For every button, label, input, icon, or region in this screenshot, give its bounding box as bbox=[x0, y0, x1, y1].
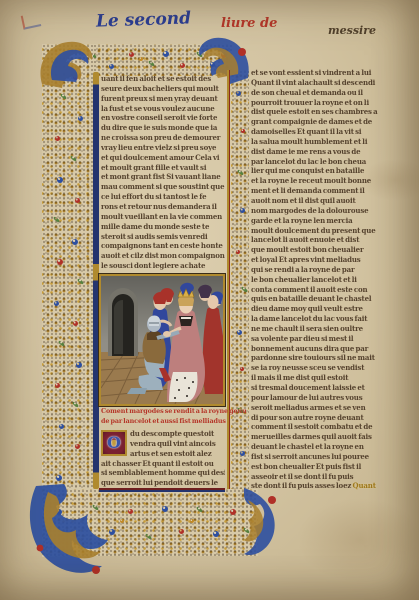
flower-ornament bbox=[56, 509, 62, 515]
text-line: dist quele estoit en ses chambres a bbox=[251, 107, 385, 117]
leaf-ornament bbox=[70, 155, 77, 162]
leaf-ornament bbox=[92, 504, 99, 511]
text-line: quis en bataille deuant le chastel bbox=[251, 294, 385, 304]
text-line: auoit nom et il dist quil auoit bbox=[251, 196, 385, 206]
flower-ornament bbox=[73, 321, 78, 326]
flower-ornament bbox=[210, 62, 215, 67]
text-line: Quant il vint alachault si descendi bbox=[251, 78, 385, 88]
text-line: moult vueillant en la vie commen bbox=[101, 212, 225, 222]
leaf-ornament bbox=[196, 506, 203, 513]
flower-ornament bbox=[59, 424, 64, 429]
text-line: auoit et cilz dist mon compaignon bbox=[101, 251, 225, 261]
miniature-frame bbox=[99, 274, 225, 406]
border-left-band bbox=[42, 44, 93, 557]
flower-ornament bbox=[237, 330, 242, 335]
text-line: mau comment si que soustint que bbox=[101, 182, 225, 192]
leaf-ornament bbox=[243, 527, 250, 534]
flower-ornament bbox=[56, 475, 62, 481]
flower-ornament bbox=[109, 529, 115, 535]
rubric: Coment margodes se rendit a la royne gen… bbox=[101, 407, 225, 426]
right-column-text: et se vont essient si vindrent a luiQuan… bbox=[251, 68, 385, 490]
text-line: grant compaignie de dames et de bbox=[251, 117, 385, 127]
leaf-ornament bbox=[241, 286, 248, 293]
text-line: que serroit lui pendoit deuers le bbox=[101, 478, 225, 488]
text-line: vendra quil vint aincois bbox=[101, 439, 225, 449]
text-line: en vostre conseil seroit vie forte bbox=[101, 113, 225, 123]
flower-ornament bbox=[72, 239, 78, 245]
text-line: que moult estoit bon cheualier bbox=[251, 245, 385, 255]
left-column-lower-text: O du descompte questoitvendra quil vint … bbox=[101, 429, 225, 488]
text-line: pardonne sire touiours sil ne mait bbox=[251, 353, 385, 363]
text-line: compaignons tant en ceste honte bbox=[101, 241, 225, 251]
right-column-last-line: ste dont il fu puis asses loez Quant bbox=[251, 481, 385, 490]
flower-ornament bbox=[57, 259, 63, 265]
text-line: garde et la royne len mercia bbox=[251, 216, 385, 226]
leaf-ornament bbox=[148, 60, 155, 67]
flower-ornament bbox=[240, 451, 245, 456]
leaf-ornament bbox=[60, 93, 67, 100]
text-line: seroit meliadus armes et se ven bbox=[251, 403, 385, 413]
flower-ornament bbox=[73, 533, 78, 538]
leaf-ornament bbox=[71, 401, 78, 408]
text-line: seure deux bacheliers qui moult bbox=[101, 84, 225, 94]
flower-ornament bbox=[54, 301, 59, 306]
text-line: lancelot li auoit enuoie et dist bbox=[251, 235, 385, 245]
flower-ornament bbox=[57, 177, 63, 183]
right-column-lines: et se vont essient si vindrent a luiQuan… bbox=[251, 68, 385, 481]
text-line: qui se rendi a la royne de par bbox=[251, 265, 385, 275]
flower-ornament bbox=[180, 63, 185, 68]
flower-ornament bbox=[162, 506, 168, 512]
text-below-initial: ait chasser Et quant il estoit ousi semb… bbox=[101, 459, 225, 488]
border-bottom-band bbox=[45, 489, 258, 556]
text-line: la fust et se vous voulez aucune bbox=[101, 104, 225, 114]
gutter-band bbox=[231, 70, 249, 489]
flower-ornament bbox=[120, 519, 124, 523]
flower-ornament bbox=[139, 57, 143, 61]
text-line: de son cheual et demanda ou il bbox=[251, 88, 385, 98]
text-line: pourroit trouuer la royne et on li bbox=[251, 98, 385, 108]
text-line: et qui doulcement amour Cela vi bbox=[101, 153, 225, 163]
gutter-rule bbox=[227, 70, 230, 489]
text-line: furent preux si men yray deuant bbox=[101, 94, 225, 104]
text-line: asseoir et il se dont il fu puis bbox=[251, 472, 385, 482]
leaf-ornament bbox=[145, 533, 152, 540]
left-column-upper-text: uant il fen aloit et se estoit desseure … bbox=[101, 74, 225, 274]
text-line: le bon cheualier lancelot et li bbox=[251, 275, 385, 285]
text-line: moult doulcement du present que bbox=[251, 226, 385, 236]
rubric-line-1: Coment margodes se rendit a la royne gen… bbox=[101, 407, 225, 417]
header-center-text: liure de bbox=[221, 16, 277, 31]
flower-ornament bbox=[236, 91, 241, 96]
text-line: ne croissa son preu de demourer bbox=[101, 133, 225, 143]
text-line: si semblablement homme qui desist bbox=[101, 468, 225, 478]
text-line: pour lamour de lui autres vous bbox=[251, 393, 385, 403]
flower-ornament bbox=[55, 136, 60, 141]
flower-ornament bbox=[213, 531, 219, 537]
text-line: artus et sen estoit alez bbox=[101, 449, 225, 459]
leaf-ornament bbox=[237, 169, 244, 176]
text-line: uant il fen aloit et se estoit des bbox=[101, 74, 225, 84]
manuscript-page: Le second liure de messire uant il fen a… bbox=[0, 0, 419, 600]
text-line: di pour son autre royne deuant bbox=[251, 413, 385, 423]
text-line: rons et retour nus demandera il bbox=[101, 202, 225, 212]
text-line: fist si serroit ancunes lui pouree bbox=[251, 452, 385, 462]
header-right-text: messire bbox=[328, 24, 376, 37]
text-line: mille dame du monde seste te bbox=[101, 222, 225, 232]
flower-ornament bbox=[236, 250, 240, 254]
text-line: si tresmal doucement laissie et bbox=[251, 383, 385, 393]
rubric-line-2: de par lancelot et aussi fist melliadus bbox=[101, 417, 225, 427]
gold-word: Quant bbox=[353, 481, 376, 490]
text-line: et la royne le receut moult bonne bbox=[251, 176, 385, 186]
text-beside-initial: du descompte questoitvendra quil vint ai… bbox=[101, 429, 225, 459]
flower-ornament bbox=[241, 129, 245, 133]
flower-ornament bbox=[76, 362, 82, 368]
text-line: damoiselles Et quant il la vit si bbox=[251, 127, 385, 137]
text-line: deuant le chastel et la royne en bbox=[251, 442, 385, 452]
text-line: il mais il me dist quil estoit bbox=[251, 373, 385, 383]
leaf-ornament bbox=[196, 51, 203, 58]
flower-ornament bbox=[78, 116, 83, 121]
text-line: conta comment il auoit este con bbox=[251, 285, 385, 295]
text-line: le sousci dont legiere achate bbox=[101, 261, 225, 271]
text-line: du descompte questoit bbox=[101, 429, 225, 439]
header-left-text: Le second bbox=[96, 8, 192, 31]
flower-ornament bbox=[55, 383, 60, 388]
text-line: par lancelot du lac le bon cheua bbox=[251, 157, 385, 167]
leaf-ornament bbox=[77, 278, 84, 285]
last-line-text: ste dont il fu puis asses loez bbox=[251, 481, 353, 490]
flower-ornament bbox=[129, 52, 134, 57]
text-line: est bon cheualier Et puis fist il bbox=[251, 462, 385, 472]
leaf-ornament bbox=[53, 217, 60, 224]
text-line: ait chasser Et quant il estoit ou bbox=[101, 459, 225, 469]
text-line: merueilles darmes quil auoit fais bbox=[251, 432, 385, 442]
flower-ornament bbox=[163, 51, 169, 57]
text-line: bonnement aucuns dira que par bbox=[251, 344, 385, 354]
flower-ornament bbox=[52, 59, 58, 65]
leaf-ornament bbox=[58, 340, 65, 347]
text-line: vray lieu entre vielz si preu soye bbox=[101, 143, 225, 153]
flower-ornament bbox=[73, 75, 78, 80]
miniature-scene bbox=[101, 276, 223, 404]
text-line: la salua moult humblement et li bbox=[251, 137, 385, 147]
flower-ornament bbox=[190, 519, 194, 523]
text-line: et moult grant fille et vault si bbox=[101, 163, 225, 173]
flower-ornament bbox=[75, 444, 80, 449]
archway bbox=[108, 288, 138, 356]
flower-ornament bbox=[240, 367, 244, 371]
text-line: ce lui effort du si tantost le fe bbox=[101, 192, 225, 202]
text-line: comment il sestoit combatu et de bbox=[251, 422, 385, 432]
flower-ornament bbox=[75, 198, 80, 203]
flower-ornament bbox=[240, 208, 245, 213]
flower-ornament bbox=[128, 509, 133, 514]
text-line: dist dame ie me rens a vous de bbox=[251, 147, 385, 157]
left-column-bottom-bar bbox=[99, 488, 225, 492]
text-line: lier qui me conquist en bataille bbox=[251, 166, 385, 176]
flower-ornament bbox=[230, 509, 236, 515]
text-line: et loyal Et apres vint meliadus bbox=[251, 255, 385, 265]
text-line: ne me chault il sera sien oultre bbox=[251, 324, 385, 334]
clasped-hands bbox=[163, 331, 171, 337]
text-line: sa volente par dieu si mest il bbox=[251, 334, 385, 344]
flower-ornament bbox=[109, 64, 114, 69]
text-line: ment et li demanda comment il bbox=[251, 186, 385, 196]
text-line: du dire que ie suis monde que ia bbox=[101, 123, 225, 133]
text-line: et mont grant fist Si vauant liane bbox=[101, 172, 225, 182]
text-line: dieu dame moy quil veult estre bbox=[251, 304, 385, 314]
text-line: steroit si audis semis venredi bbox=[101, 232, 225, 242]
foliation-mark bbox=[21, 12, 42, 29]
flower-ornament bbox=[179, 529, 184, 534]
text-line: se ia roy neusse sceu se vendist bbox=[251, 363, 385, 373]
text-line: et se vont essient si vindrent a lui bbox=[251, 68, 385, 78]
text-line: nom margodes de la dolourouse bbox=[251, 206, 385, 216]
text-line: la dame lancelot du lac vous fait bbox=[251, 314, 385, 324]
flower-ornament bbox=[221, 52, 227, 58]
